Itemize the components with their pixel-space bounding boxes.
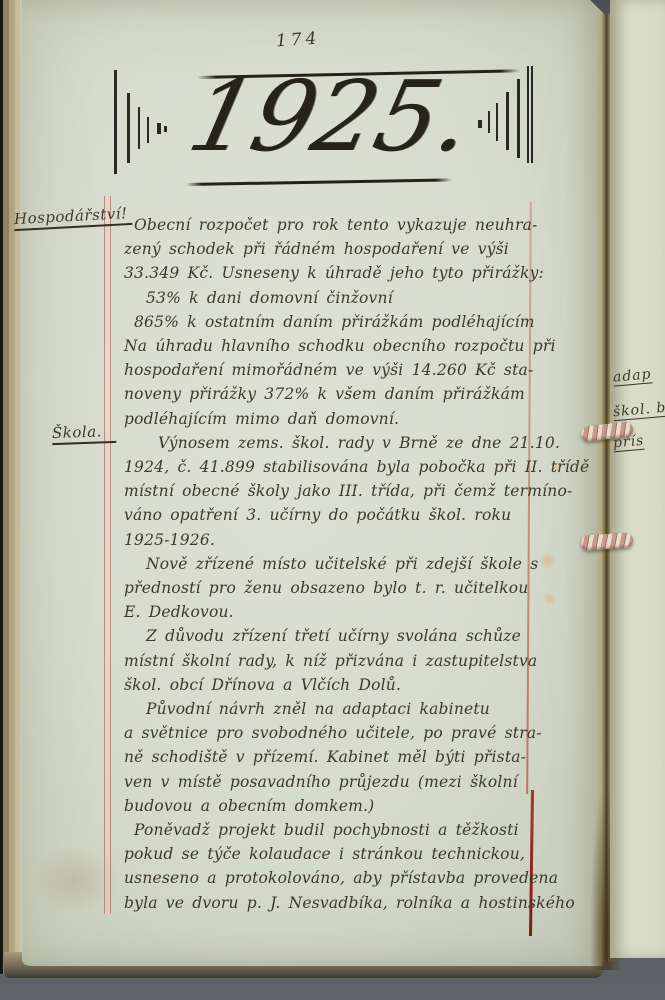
manuscript-line: Nově zřízené místo učitelské při zdejší … (124, 552, 554, 576)
paper-stain (30, 845, 120, 915)
ornament-bar-right (506, 92, 509, 150)
manuscript-line: 1925-1926. (124, 528, 554, 552)
ornament-bar-left (138, 107, 140, 149)
book-photo: 174 1925. Hospodářství! Škola. Obecní ro… (0, 0, 665, 1000)
margin-note-skola: Škola. (52, 422, 117, 445)
manuscript-line: Z důvodu zřízení třetí učírny svolána sc… (124, 624, 554, 648)
next-page-sliver (610, 0, 665, 958)
manuscript-line: škol. obcí Dřínova a Vlčích Dolů. (124, 673, 554, 697)
manuscript-line: podléhajícím mimo daň domovní. (124, 407, 554, 431)
manuscript-body: Obecní rozpočet pro rok tento vykazuje n… (124, 213, 554, 915)
manuscript-line: ně schodiště v přízemí. Kabinet měl býti… (124, 745, 554, 769)
ornament-bar-left (127, 93, 130, 163)
ornament-bar-left (114, 70, 117, 174)
manuscript-line: 1924, č. 41.899 stabilisována byla poboč… (124, 455, 554, 479)
manuscript-line: pokud se týče kolaudace i stránkou techn… (124, 842, 554, 866)
ornament-bar-left (157, 123, 161, 134)
manuscript-line: 33.349 Kč. Usneseny k úhradě jeho tyto p… (124, 261, 554, 285)
ornament-bar-right (531, 66, 533, 163)
page-number: 174 (275, 28, 321, 51)
manuscript-line: 53% k dani domovní činžovní (124, 286, 554, 310)
next-page-note: adap (612, 366, 652, 386)
ornament-bar-right (517, 79, 520, 158)
manuscript-line: usneseno a protokolováno, aby přístavba … (124, 866, 554, 890)
manuscript-line: a světnice pro svobodného učitele, po pr… (124, 721, 554, 745)
ornament-bar-left (147, 117, 149, 143)
manuscript-line: váno opatření 3. učírny do počátku škol.… (124, 503, 554, 527)
manuscript-line: ven v místě posavadního průjezdu (mezi š… (124, 770, 554, 794)
manuscript-line: noveny přirážky 372% k všem daním přiráž… (124, 382, 554, 406)
manuscript-line: Obecní rozpočet pro rok tento vykazuje n… (124, 213, 554, 237)
ornament-bar-right (488, 111, 490, 133)
manuscript-line: Na úhradu hlavního schodku obecního rozp… (124, 334, 554, 358)
manuscript-line: Původní návrh zněl na adaptaci kabinetu (124, 697, 554, 721)
ornament-bar-right (496, 103, 498, 141)
ornament-bar-right (478, 120, 482, 128)
manuscript-line: budovou a obecním domkem.) (124, 794, 554, 818)
manuscript-line: byla ve dvoru p. J. Nesvadbíka, rolníka … (124, 891, 554, 915)
red-margin-line-left-inner (110, 196, 111, 914)
manuscript-line: hospodaření mimořádném ve výši 14.260 Kč… (124, 358, 554, 382)
manuscript-line: předností pro ženu obsazeno bylo t. r. u… (124, 576, 554, 600)
manuscript-line: zený schodek při řádném hospodaření ve v… (124, 237, 554, 261)
manuscript-line: Poněvadž projekt budil pochybnosti a těž… (124, 818, 554, 842)
manuscript-line: místní obecné školy jako III. třída, při… (124, 479, 554, 503)
manuscript-line: místní školní rady, k níž přizvána i zas… (124, 649, 554, 673)
manuscript-line: 865% k ostatním daním přirážkám podléhaj… (124, 310, 554, 334)
manuscript-line: E. Dedkovou. (124, 600, 554, 624)
left-page-edges (0, 0, 24, 974)
ornament-bar-right (527, 66, 529, 163)
red-margin-line-left-outer (104, 196, 105, 914)
year-heading: 1925. (180, 66, 464, 168)
manuscript-line: Výnosem zems. škol. rady v Brně ze dne 2… (124, 431, 554, 455)
ornament-bar-left (164, 126, 167, 132)
